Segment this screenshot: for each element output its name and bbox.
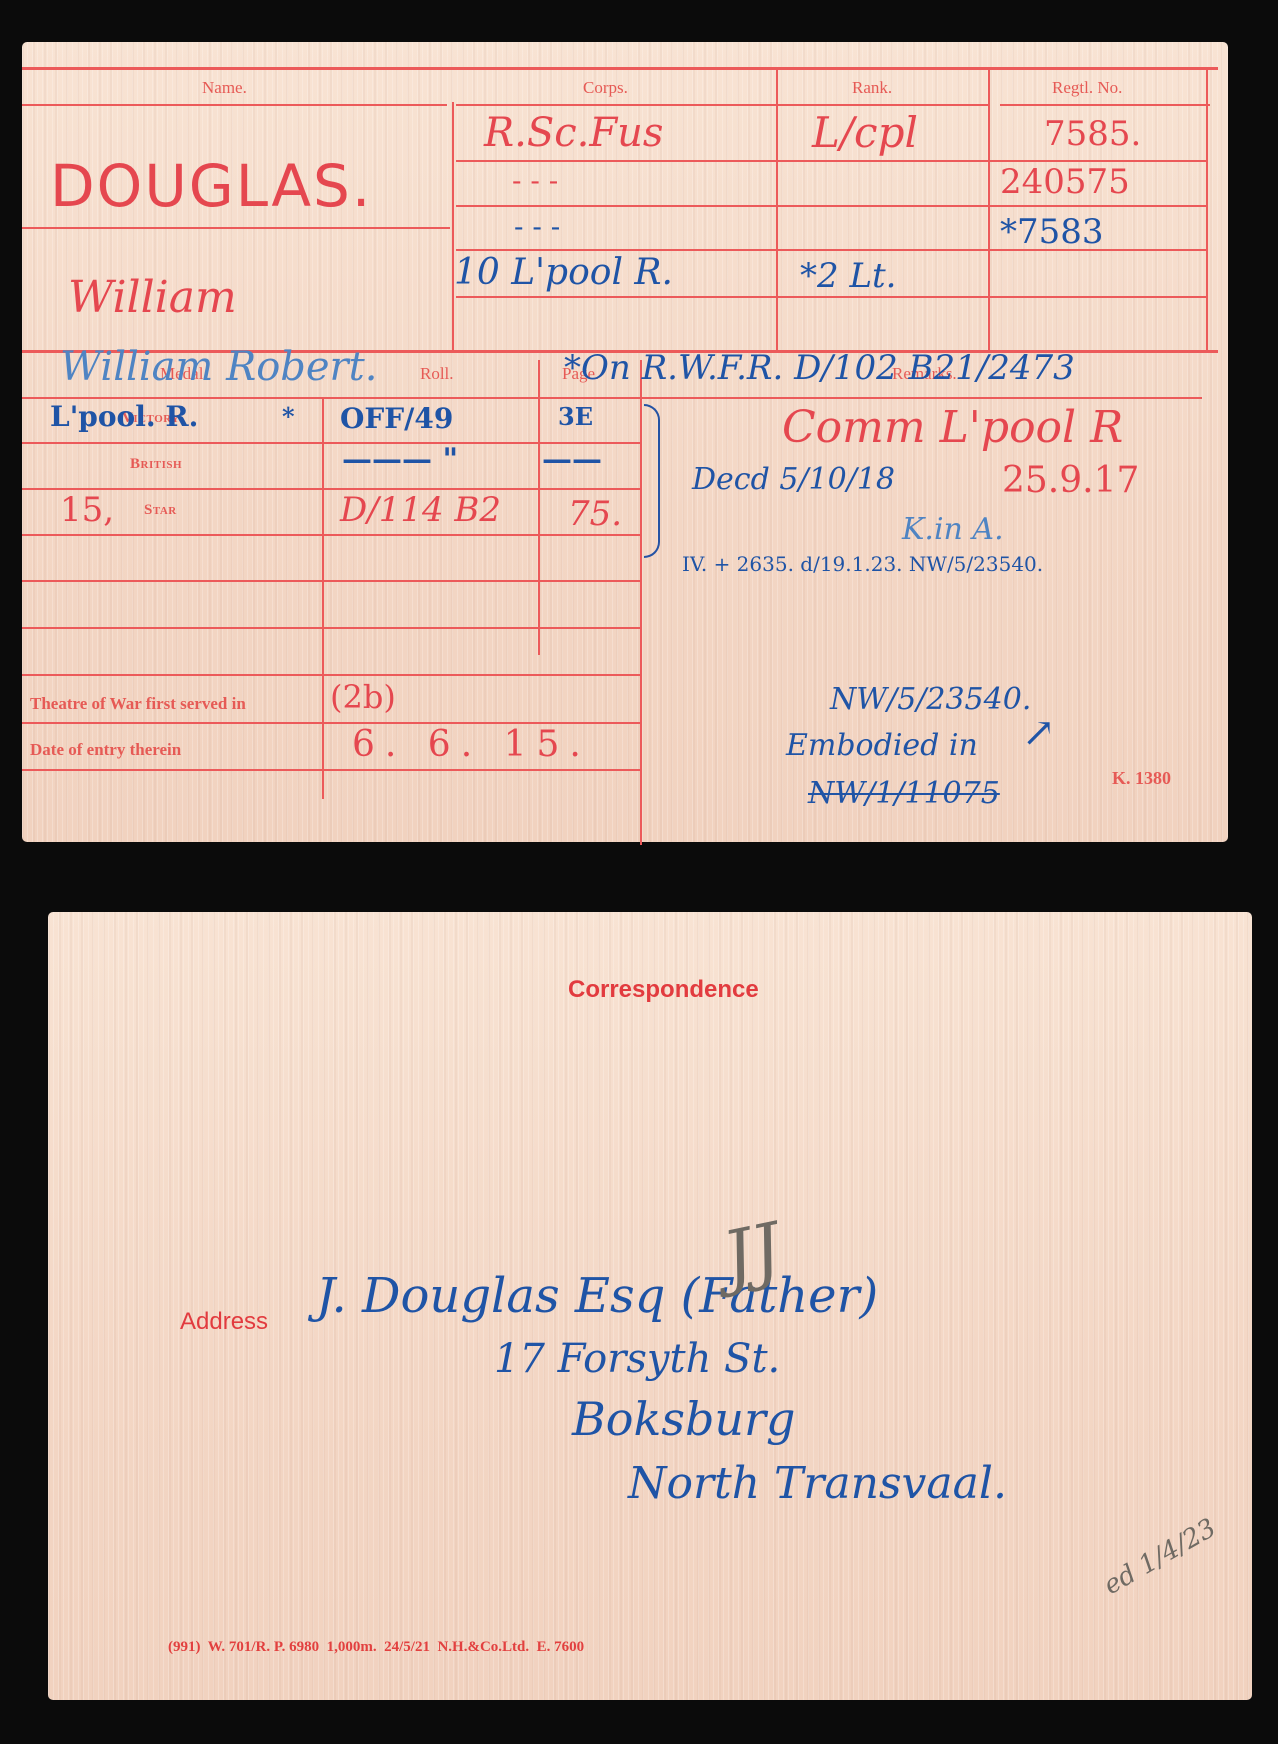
rule <box>780 104 990 106</box>
corps-entry-3: - - - <box>514 210 560 243</box>
remarks-deed: Decd 5/10/18 <box>692 462 895 497</box>
label-date-entry: Date of entry therein <box>30 740 181 760</box>
rule <box>22 397 1202 399</box>
remarks-comm: Comm L'pool R <box>782 402 1123 453</box>
rule <box>1000 104 1210 106</box>
address-line-1: J. Douglas Esq (Father) <box>316 1268 878 1324</box>
medal-annotation-victory: L'pool. R. <box>50 400 198 433</box>
address-line-4: North Transvaal. <box>628 1458 1007 1509</box>
rank-entry-4: *2 Lt. <box>800 256 897 296</box>
printer-imprint: (991) W. 701/R. P. 6980 1,000m. 24/5/21 … <box>168 1639 584 1656</box>
surname: DOUGLAS. <box>50 152 372 220</box>
corps-entry-2: - - - <box>512 164 558 197</box>
rule <box>22 580 640 582</box>
remarks-header-overwrite: *On R.W.F.R. D/102 B21/2473 <box>564 348 1075 388</box>
roll-victory: OFF/49 <box>340 402 453 435</box>
address-label: Address <box>180 1308 268 1336</box>
rule <box>322 397 324 799</box>
page-victory: 3E <box>558 402 593 431</box>
rank-entry-1: L/cpl <box>812 108 918 157</box>
rule <box>538 360 540 655</box>
corps-entry-1: R.Sc.Fus <box>484 110 663 156</box>
regtl-no-entry-2: 240575 <box>1000 162 1130 202</box>
note-struck: NW/1/11075 <box>808 776 1000 811</box>
header-rank: Rank. <box>852 78 892 98</box>
rule <box>22 488 640 490</box>
roll-star: D/114 B2 <box>340 490 501 530</box>
header-regtl-no: Regtl. No. <box>1052 78 1122 98</box>
forename-blue-overwrite: William Robert. <box>60 344 377 390</box>
rule <box>452 102 454 352</box>
medal-annotation-star: 15, <box>60 490 114 530</box>
rule <box>456 296 1206 298</box>
rule <box>1206 67 1208 352</box>
medal-card-front: Name. Corps. Rank. Regtl. No. DOUGLAS. W… <box>22 42 1228 842</box>
correspondence-title: Correspondence <box>568 976 759 1004</box>
note-embodied: Embodied in <box>786 728 978 763</box>
rule <box>22 227 450 229</box>
label-theatre: Theatre of War first served in <box>30 694 246 714</box>
rule <box>776 67 778 352</box>
rule <box>640 360 642 845</box>
rule <box>22 67 1218 70</box>
rule <box>22 769 640 771</box>
regtl-no-entry-1: 7585. <box>1044 114 1141 154</box>
rule <box>22 534 640 536</box>
remarks-kia: K.in A. <box>902 512 1004 547</box>
address-line-3: Boksburg <box>572 1392 796 1446</box>
value-date-entry: 6. 6. 15. <box>352 724 591 765</box>
note-ref: NW/5/23540. <box>830 682 1031 717</box>
note-arrow-icon: ↗ <box>1022 710 1056 756</box>
header-name: Name. <box>202 78 247 98</box>
header-corps: Corps. <box>583 78 628 98</box>
corps-entry-4: 10 L'pool R. <box>454 252 673 293</box>
medal-card-back: Correspondence Address J. Douglas Esq (F… <box>48 912 1252 1700</box>
roll-british: ——— " <box>342 442 458 477</box>
remarks-ref: IV. + 2635. d/19.1.23. NW/5/23540. <box>682 552 1043 576</box>
rule <box>988 67 990 352</box>
pencil-note: ed 1/4/23 <box>1099 1513 1221 1601</box>
value-theatre: (2b) <box>330 678 396 716</box>
page-british: —— <box>542 442 602 477</box>
address-line-2: 17 Forsyth St. <box>494 1336 780 1382</box>
medal-label-star: Star <box>144 502 177 519</box>
medal-mark-victory: * <box>282 402 295 431</box>
rule <box>456 104 781 106</box>
rule <box>456 205 1206 207</box>
form-number: K. 1380 <box>1112 768 1171 789</box>
rule <box>22 627 640 629</box>
regtl-no-entry-3: *7583 <box>1000 212 1104 252</box>
rule <box>22 674 640 676</box>
rule <box>22 104 447 106</box>
forename-red: William <box>68 272 237 323</box>
remarks-comm-date: 25.9.17 <box>1002 460 1139 501</box>
page-star: 75. <box>568 494 622 534</box>
header-roll: Roll. <box>420 364 454 384</box>
medal-label-british: British <box>130 456 182 473</box>
remarks-bracket <box>644 404 660 558</box>
